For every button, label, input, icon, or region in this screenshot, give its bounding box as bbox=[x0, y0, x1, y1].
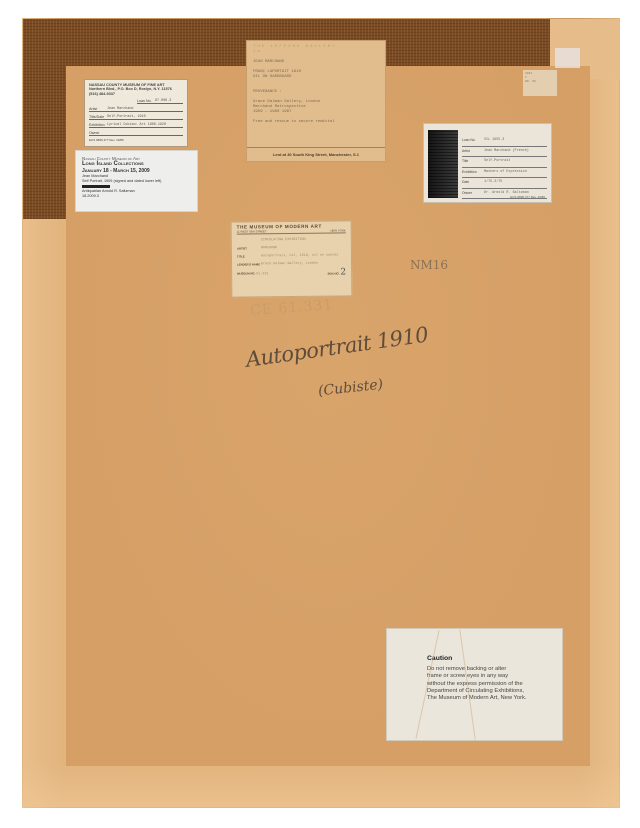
lender-value: Grace Dalman Gallery, London bbox=[261, 262, 318, 267]
sticker-line: NO. 56 bbox=[525, 80, 555, 84]
field-key: Artist bbox=[462, 147, 484, 157]
museum-no-key: MUSEUM NO. bbox=[237, 271, 255, 275]
title-row: Title/Date Self-Portrait, 1910 bbox=[89, 114, 183, 120]
nassau-loan-label: NASSAU COUNTY MUSEUM OF FINE ART Norther… bbox=[84, 79, 188, 147]
label-footer: ECS 0896 477 Rev. 10/86 bbox=[89, 138, 183, 142]
nassau-exhibition-label: Nassau County Museum of Art Long Island … bbox=[75, 150, 198, 212]
field-value: VIL 1955.3 bbox=[484, 136, 504, 146]
field-value: Self-Portrait bbox=[484, 157, 510, 167]
field-value: Masters of Expression bbox=[484, 168, 527, 178]
loan-no-key: Loan No. bbox=[137, 99, 155, 103]
field-key: Title bbox=[462, 157, 484, 167]
small-inventory-sticker: 1961 7 NO. 56 bbox=[523, 70, 557, 96]
catalog-number: 18.2009.3 bbox=[82, 194, 191, 199]
lender-key: LENDER'S NAME bbox=[237, 262, 261, 266]
lender-row: LENDER'S NAMEGrace Dalman Gallery, Londo… bbox=[237, 261, 346, 266]
field-key: Exhibition bbox=[462, 168, 484, 178]
lefevre-gallery-label: THE LEFEVRE GALLERY 1a JEAN MARCHAND FRA… bbox=[246, 40, 386, 162]
title-value: Autoportrait, oil, 1910, oil on canvas bbox=[261, 254, 338, 259]
pencil-inventory-mark: NM16 bbox=[410, 258, 448, 272]
exhibition-title: Long Island Collections bbox=[82, 161, 191, 168]
exhibition-key: Exhibition bbox=[89, 123, 107, 127]
artist-row: Artist Jean Marchand bbox=[89, 106, 183, 112]
card-row: ArtistJean Marchand (French) bbox=[462, 147, 547, 158]
artist-row: ARTISTMARCHAND bbox=[237, 245, 346, 250]
catalog-row: CIRCULATING EXHIBITION bbox=[237, 237, 346, 242]
caution-text-line: without the express permission of the bbox=[427, 681, 562, 688]
label-footer: Lent at 30 South King Street, Manchester… bbox=[247, 147, 385, 161]
museum-address: 11 WEST 53rd STREET bbox=[237, 229, 267, 233]
catalog-value: CIRCULATING EXHIBITION bbox=[261, 238, 306, 242]
building-photo bbox=[428, 130, 458, 198]
numbers-row: MUSEUM NO. 61.331 BOX NO. 2 bbox=[237, 270, 346, 276]
owner-key: Owner bbox=[89, 131, 107, 135]
exhibition-row: Exhibition Lyrical Cubism: Art 1906-1920 bbox=[89, 122, 183, 128]
label-phone: (516) 484-9337 bbox=[89, 92, 183, 96]
moma-circulating-label: THE MUSEUM OF MODERN ART 11 WEST 53rd ST… bbox=[231, 220, 353, 297]
title-key: TITLE bbox=[237, 254, 261, 258]
caution-text-line: Department of Circulating Exhibitions, bbox=[427, 688, 562, 695]
artist-value: MARCHAND bbox=[261, 246, 277, 250]
museum-city: NEW YORK bbox=[330, 228, 345, 232]
label-footer: ECS 0896 477 Rev. 10/86 bbox=[510, 195, 545, 199]
owner-row: Owner bbox=[89, 130, 183, 136]
artist-value: Jean Marchand bbox=[107, 107, 133, 111]
title-key: Title/Date bbox=[89, 115, 107, 119]
exhibition-value: Lyrical Cubism: Art 1906-1920 bbox=[107, 123, 166, 127]
box-no-value: 2 bbox=[340, 267, 346, 277]
caution-text-line: frame or screw eyes in any way bbox=[427, 673, 562, 680]
field-key: Loan No. bbox=[462, 136, 484, 146]
artist-key: ARTIST bbox=[237, 246, 261, 250]
card-row: ExhibitionMasters of Expression bbox=[462, 168, 547, 179]
photo-loan-card: Loan No.VIL 1955.3 ArtistJean Marchand (… bbox=[423, 123, 552, 203]
card-row: Date1/75-3/75 bbox=[462, 178, 547, 189]
caution-label: Caution Do not remove backing or alter f… bbox=[386, 628, 563, 741]
loan-no-value: 97.006.3 bbox=[155, 99, 171, 103]
field-value: Jean Marchand (French) bbox=[484, 147, 529, 157]
card-row: Loan No.VIL 1955.3 bbox=[462, 136, 547, 147]
museum-address-row: 11 WEST 53rd STREET NEW YORK bbox=[237, 228, 346, 234]
card-fields: Loan No.VIL 1955.3 ArtistJean Marchand (… bbox=[462, 136, 547, 199]
caution-text-line: Do not remove backing or alter bbox=[427, 666, 562, 673]
box-no-key: BOX NO. bbox=[328, 271, 340, 275]
caution-text-line: The Museum of Modern Art, New York. bbox=[427, 695, 562, 702]
paper-fragment bbox=[555, 48, 580, 68]
field-key: Owner bbox=[462, 189, 484, 199]
redaction-bar bbox=[82, 185, 110, 188]
title-row: TITLEAutoportrait, oil, 1910, oil on can… bbox=[237, 253, 346, 258]
field-key: Date bbox=[462, 178, 484, 188]
artist-key: Artist bbox=[89, 107, 107, 111]
museum-no-value: 61.331 bbox=[256, 272, 268, 276]
caution-heading: Caution bbox=[427, 655, 562, 662]
field-value: 1/75-3/75 bbox=[484, 178, 502, 188]
label-note: Free and rescue to secure remittal bbox=[253, 120, 379, 125]
title-value: Self-Portrait, 1910 bbox=[107, 115, 146, 119]
card-row: TitleSelf-Portrait bbox=[462, 157, 547, 168]
loan-no-row: Loan No. 97.006.3 bbox=[137, 98, 183, 104]
